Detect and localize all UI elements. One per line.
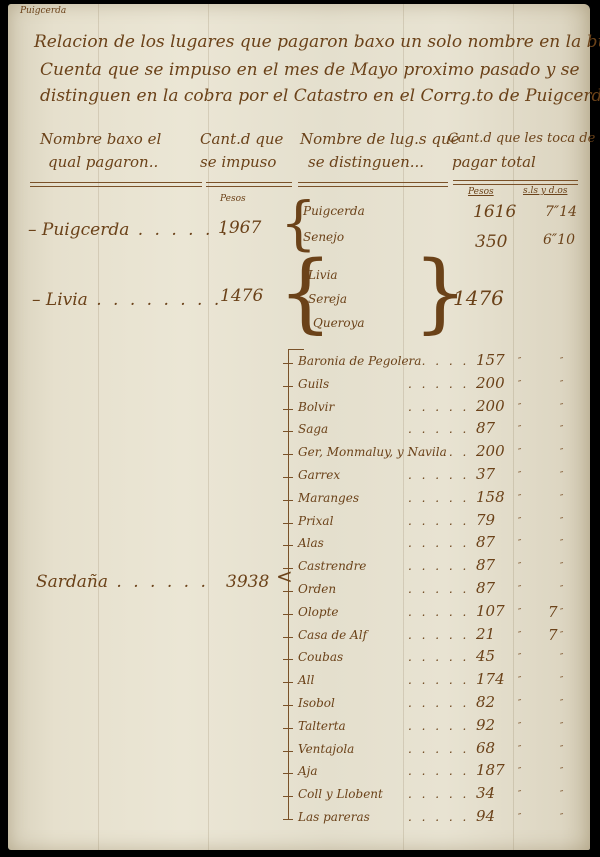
place-name: Puigcerda xyxy=(303,204,365,218)
ditto-mark: ″ xyxy=(560,425,563,435)
ditto-mark: ″ xyxy=(518,699,521,709)
leader-dots: . . . . . xyxy=(408,719,469,733)
combined-total: 1476 xyxy=(453,286,504,310)
place-pesos: 200 xyxy=(476,397,505,415)
place-name: Garrex xyxy=(298,468,340,482)
group-name-text: Livia xyxy=(46,290,88,310)
place-name: Alas xyxy=(298,536,324,550)
place-name: Senejo xyxy=(303,230,344,244)
place-name: Isobol xyxy=(298,696,335,710)
place-pesos: 158 xyxy=(476,488,505,506)
place-pesos: 187 xyxy=(476,761,505,779)
place-name: Aja xyxy=(298,764,318,778)
place-name: Orden xyxy=(298,582,336,596)
place-pesos: 94 xyxy=(476,807,495,825)
place-pesos: 82 xyxy=(476,693,495,711)
ditto-mark: ″ xyxy=(560,585,563,595)
row-tick xyxy=(283,454,293,455)
place-name: Bolvir xyxy=(298,400,334,414)
group-name-text: Puigcerda xyxy=(42,220,129,240)
place-pesos: 37 xyxy=(476,465,495,483)
header-col4: pagar total xyxy=(452,152,536,172)
place-name: Prixal xyxy=(298,514,333,528)
row-tick xyxy=(283,500,293,501)
subheader-pesos: Pesos xyxy=(468,187,494,197)
row-tick xyxy=(283,659,293,660)
subheader-sueldos: s.ls y d.os xyxy=(523,186,567,196)
place-name: Coubas xyxy=(298,650,343,664)
title-line-2: Cuenta que se impuso en el mes de Mayo p… xyxy=(40,58,580,82)
place-name: Las pareras xyxy=(298,810,370,824)
place-name: All xyxy=(298,673,314,687)
ditto-mark: ″ xyxy=(518,585,521,595)
group-name-text: Sardaña xyxy=(36,572,108,592)
ditto-mark: ″ xyxy=(518,608,521,618)
ditto-mark: ″ xyxy=(518,494,521,504)
leader-dots: . . . . . xyxy=(408,605,469,619)
place-pesos: 350 xyxy=(475,232,507,252)
place-name: Ventajola xyxy=(298,742,354,756)
title-line-3: distinguen en la cobra por el Catastro e… xyxy=(40,84,600,108)
row-tick xyxy=(283,591,293,592)
row-tick xyxy=(283,614,293,615)
header-col4: Cant.d que les toca de xyxy=(448,129,595,149)
place-name: Livia xyxy=(308,268,338,282)
ditto-mark: ″ xyxy=(560,517,563,527)
ditto-mark: ″ xyxy=(518,380,521,390)
ditto-mark: ″ xyxy=(518,471,521,481)
row-tick xyxy=(283,705,293,706)
header-rule xyxy=(206,182,292,183)
ditto-mark: ″ xyxy=(560,631,563,641)
ditto-mark: ″ xyxy=(518,722,521,732)
place-name: Castrendre xyxy=(298,559,366,573)
place-name: Olopte xyxy=(298,605,339,619)
leader-dots: . . . . . xyxy=(408,650,469,664)
ditto-mark: ″ xyxy=(560,380,563,390)
ditto-mark: ″ xyxy=(560,699,563,709)
ditto-mark: ″ xyxy=(518,813,521,823)
leader-dots: . . . . . xyxy=(408,696,469,710)
place-sueldos: 7″14 xyxy=(545,204,577,220)
leader-dots: . . . . . xyxy=(408,400,469,414)
ditto-mark: ″ xyxy=(560,403,563,413)
row-tick xyxy=(283,751,293,752)
place-pesos: 107 xyxy=(476,602,505,620)
ditto-mark: ″ xyxy=(560,653,563,663)
place-name: Queroya xyxy=(313,316,365,330)
row-tick xyxy=(283,409,293,410)
place-name: Saga xyxy=(298,422,328,436)
place-name: Sereja xyxy=(308,292,347,306)
ditto-mark: ″ xyxy=(518,425,521,435)
leader-dots: . . . . . xyxy=(408,354,469,368)
row-tick xyxy=(283,796,293,797)
place-pesos: 87 xyxy=(476,533,495,551)
header-col1: Nombre baxo el xyxy=(40,129,161,149)
bracket-top xyxy=(288,349,304,350)
leader-dots: . . . . . xyxy=(408,422,469,436)
leader-dots: . . . . . xyxy=(408,514,469,528)
header-col3: Nombre de lug.s que xyxy=(300,129,459,149)
header-rule xyxy=(298,182,448,183)
place-pesos: 21 xyxy=(476,625,495,643)
leader-dots: . . . . . xyxy=(408,742,469,756)
group-name: – Livia . . . . . . . . xyxy=(32,290,222,310)
row-tick xyxy=(283,568,293,569)
header-col2: se impuso xyxy=(200,152,276,172)
leader-dots: . . . . . xyxy=(408,628,469,642)
place-pesos: 68 xyxy=(476,739,495,757)
place-pesos: 45 xyxy=(476,647,495,665)
ditto-mark: ″ xyxy=(518,745,521,755)
ditto-mark: ″ xyxy=(560,676,563,686)
row-tick xyxy=(283,682,293,683)
ditto-mark: ″ xyxy=(560,608,563,618)
place-name: Coll y Llobent xyxy=(298,787,383,801)
row-tick xyxy=(283,819,293,820)
ditto-mark: ″ xyxy=(518,676,521,686)
ditto-mark: ″ xyxy=(518,631,521,641)
ditto-mark: ″ xyxy=(518,403,521,413)
place-pesos: 200 xyxy=(476,442,505,460)
place-name: Baronia de Pegolera xyxy=(298,354,421,368)
row-tick xyxy=(283,477,293,478)
corner-note: Puigcerda xyxy=(20,6,66,16)
row-tick xyxy=(283,386,293,387)
ditto-mark: ″ xyxy=(560,562,563,572)
leader-dots: . . . . . xyxy=(408,810,469,824)
group-name: Sardaña . . . . . . xyxy=(36,572,209,592)
ditto-mark: ″ xyxy=(560,745,563,755)
place-sueldos: 6″10 xyxy=(543,232,575,248)
place-name: Maranges xyxy=(298,491,359,505)
group-amount: 1967 xyxy=(218,218,261,238)
ditto-mark: ″ xyxy=(518,539,521,549)
place-sueldos: 7 xyxy=(548,626,558,644)
leader-dots: . . . . . xyxy=(408,468,469,482)
leader-dots: . . . . . xyxy=(408,491,469,505)
place-pesos: 34 xyxy=(476,784,495,802)
place-pesos: 174 xyxy=(476,670,505,688)
place-name: Talterta xyxy=(298,719,346,733)
ditto-mark: ″ xyxy=(518,448,521,458)
ditto-mark: ″ xyxy=(560,722,563,732)
ditto-mark: ″ xyxy=(560,471,563,481)
leader-dots: . . . . . xyxy=(408,445,469,459)
place-pesos: 157 xyxy=(476,351,505,369)
place-pesos: 87 xyxy=(476,579,495,597)
ditto-mark: ″ xyxy=(518,653,521,663)
ditto-mark: ″ xyxy=(560,448,563,458)
header-rule xyxy=(30,186,202,187)
manuscript-page: Puigcerda Relacion de los lugares que pa… xyxy=(8,4,590,850)
leader-dots: . . . . . xyxy=(408,559,469,573)
row-tick xyxy=(283,523,293,524)
ditto-mark: ″ xyxy=(518,790,521,800)
subheader-pesos: Pesos xyxy=(220,194,246,204)
place-pesos: 92 xyxy=(476,716,495,734)
row-tick xyxy=(283,637,293,638)
place-pesos: 87 xyxy=(476,419,495,437)
header-rule xyxy=(453,180,578,181)
header-col2: Cant.d que xyxy=(200,129,283,149)
header-col1: qual pagaron.. xyxy=(48,152,158,172)
header-rule xyxy=(453,184,578,185)
group-amount: 3938 xyxy=(226,572,269,592)
header-col3: se distinguen... xyxy=(308,152,424,172)
place-pesos: 200 xyxy=(476,374,505,392)
leader-dots: . . . . . xyxy=(408,764,469,778)
header-rule xyxy=(30,182,202,183)
ditto-mark: ″ xyxy=(560,790,563,800)
row-tick xyxy=(283,431,293,432)
group-amount: 1476 xyxy=(220,286,263,306)
ditto-mark: ″ xyxy=(560,494,563,504)
ditto-mark: ″ xyxy=(518,357,521,367)
ditto-mark: ″ xyxy=(518,767,521,777)
row-tick xyxy=(283,363,293,364)
header-rule xyxy=(298,186,448,187)
leader-dots: . . . . . xyxy=(408,536,469,550)
ditto-mark: ″ xyxy=(518,562,521,572)
title-line-1: Relacion de los lugares que pagaron baxo… xyxy=(34,30,600,54)
leader-dots: . . . . . xyxy=(408,787,469,801)
ditto-mark: ″ xyxy=(518,517,521,527)
place-name: Guils xyxy=(298,377,329,391)
header-rule xyxy=(206,186,292,187)
ditto-mark: ″ xyxy=(560,539,563,549)
leader-dots: . . . . . xyxy=(408,582,469,596)
group-name: – Puigcerda . . . . . . xyxy=(28,220,230,240)
place-pesos: 79 xyxy=(476,511,495,529)
place-sueldos: 7 xyxy=(548,603,558,621)
leader-dots: . . . . . xyxy=(408,377,469,391)
place-pesos: 1616 xyxy=(473,202,516,222)
row-tick xyxy=(283,545,293,546)
ditto-mark: ″ xyxy=(560,767,563,777)
ditto-mark: ″ xyxy=(560,357,563,367)
ditto-mark: ″ xyxy=(560,813,563,823)
row-tick xyxy=(283,728,293,729)
leader-dots: . . . . . xyxy=(408,673,469,687)
row-tick xyxy=(283,773,293,774)
place-name: Casa de Alf xyxy=(298,628,367,642)
place-pesos: 87 xyxy=(476,556,495,574)
